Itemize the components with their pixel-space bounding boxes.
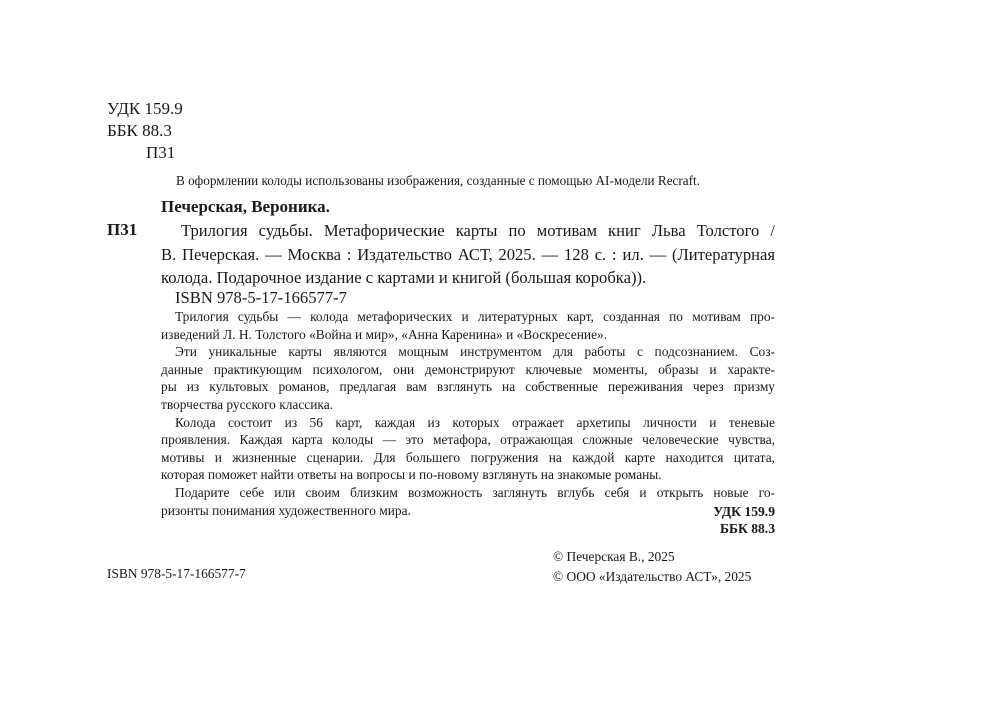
copyright-author: © Печерская В., 2025: [553, 547, 751, 567]
classification-right: УДК 159.9 ББК 88.3: [713, 503, 775, 538]
annotation-line: которая поможет найти ответы на вопросы …: [161, 466, 775, 484]
annotation-line: творчества русского классика.: [161, 396, 775, 414]
annotation-line: мотивы и жизненные сценарии. Для большег…: [161, 449, 775, 467]
biblio-line: Трилогия судьбы. Метафорические карты по…: [161, 219, 775, 243]
isbn-footer: ISBN 978-5-17-166577-7: [107, 566, 246, 582]
annotation-line: Подарите себе или своим близким возможно…: [161, 484, 775, 502]
annotation-line: ры из культовых романов, предлагая вам в…: [161, 378, 775, 396]
annotation-line: данные практикующим психологом, они демо…: [161, 361, 775, 379]
annotation-line: проявления. Каждая карта колоды — это ме…: [161, 431, 775, 449]
annotation-line: Эти уникальные карты являются мощным инс…: [161, 343, 775, 361]
bibliographic-description: Трилогия судьбы. Метафорические карты по…: [161, 219, 775, 290]
copyright-publisher: © ООО «Издательство АСТ», 2025: [553, 567, 751, 587]
biblio-line: колода. Подарочное издание с картами и к…: [161, 266, 775, 290]
catalog-code: П31: [107, 220, 137, 240]
annotation-line: изведений Л. Н. Толстого «Война и мир», …: [161, 326, 775, 344]
annotation-line: ризонты понимания художественного мира.: [161, 502, 775, 520]
annotation-paragraph: Трилогия судьбы — колода метафорических …: [161, 308, 775, 343]
udk-code: УДК 159.9: [107, 98, 183, 120]
author-heading: Печерская, Вероника.: [161, 197, 330, 217]
annotation-paragraph: Колода состоит из 56 карт, каждая из кот…: [161, 414, 775, 484]
isbn-main: ISBN 978-5-17-166577-7: [175, 288, 347, 308]
bbk-code-right: ББК 88.3: [713, 520, 775, 537]
annotation-line: Колода состоит из 56 карт, каждая из кот…: [161, 414, 775, 432]
imprint-page: УДК 159.9 ББК 88.3 П31 В оформлении коло…: [0, 0, 1000, 703]
annotation: Трилогия судьбы — колода метафорических …: [161, 308, 775, 519]
ai-images-note: В оформлении колоды использованы изображ…: [176, 173, 700, 189]
author-mark: П31: [146, 143, 175, 163]
annotation-paragraph: Эти уникальные карты являются мощным инс…: [161, 343, 775, 413]
biblio-line: В. Печерская. — Москва : Издательство АС…: [161, 243, 775, 267]
copyright-block: © Печерская В., 2025 © ООО «Издательство…: [553, 547, 751, 586]
annotation-line: Трилогия судьбы — колода метафорических …: [161, 308, 775, 326]
annotation-paragraph: Подарите себе или своим близким возможно…: [161, 484, 775, 519]
bbk-code: ББК 88.3: [107, 120, 172, 142]
udk-code-right: УДК 159.9: [713, 503, 775, 520]
